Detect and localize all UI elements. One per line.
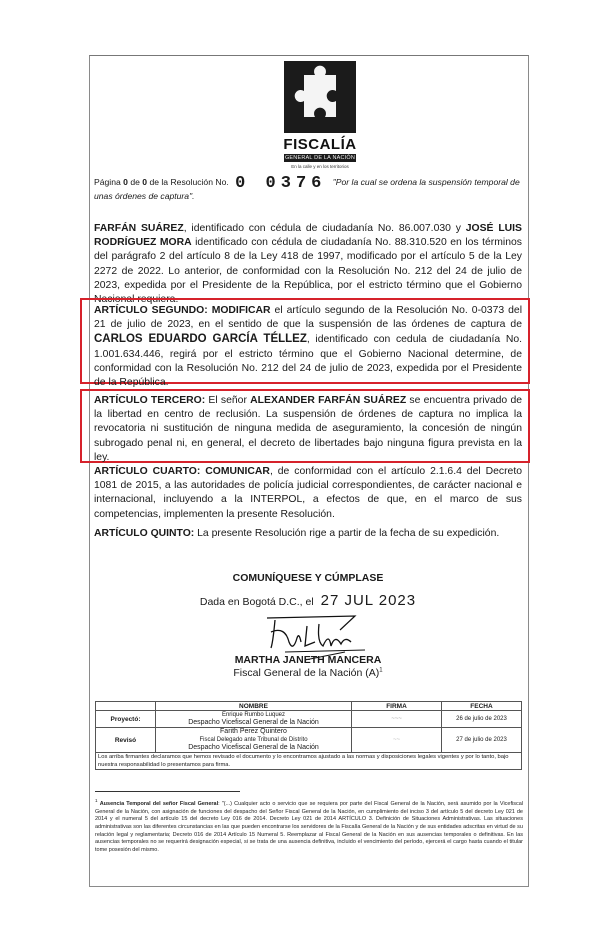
intro-paragraph: FARFÁN SUÁREZ, identificado con cédula d… [94, 222, 522, 307]
signer-role: Fiscal General de la Nación (A)1 [0, 667, 616, 679]
fiscalia-logo: FISCALÍA GENERAL DE LA NACIÓN En la call… [270, 61, 370, 169]
table-note-row: Los arriba firmantes declaramos que hemo… [96, 753, 522, 770]
articulo-cuarto: ARTÍCULO CUARTO: COMUNICAR, de conformid… [94, 465, 522, 522]
signer-name: MARTHA JANETH MANCERA [0, 654, 616, 666]
place-date-line: Dada en Bogotá D.C., el 27 JUL 2023 [0, 592, 616, 609]
articulo-segundo: ARTÍCULO SEGUNDO: MODIFICAR el artículo … [94, 304, 522, 390]
page-header: Página 0 de 0 de la Resolución No. 0 037… [94, 176, 524, 203]
articulo-tercero: ARTÍCULO TERCERO: El señor ALEXANDER FAR… [94, 394, 522, 465]
table-row: Proyectó: Enrique Rumbo Luquez Despacho … [96, 711, 522, 728]
articulo-quinto: ARTÍCULO QUINTO: La presente Resolución … [94, 527, 522, 541]
signature-initials: ~~~ [352, 711, 442, 728]
date-stamp: 27 JUL 2023 [321, 592, 417, 609]
logo-wordmark: FISCALÍA [270, 136, 370, 153]
footnote-divider [95, 791, 240, 792]
puzzle-piece-icon [284, 61, 356, 133]
review-table: NOMBRE FIRMA FECHA Proyectó: Enrique Rum… [95, 701, 522, 770]
footnote: 1 Ausencia Temporal del señor Fiscal Gen… [95, 797, 523, 855]
table-header-row: NOMBRE FIRMA FECHA [96, 702, 522, 711]
logo-tagline: En la calle y en los territorios [270, 164, 370, 169]
resolution-number: 0 0376 [235, 174, 326, 193]
table-row: Revisó Farith Perez Quintero Fiscal Dele… [96, 728, 522, 753]
closing-title: COMUNÍQUESE Y CÚMPLASE [0, 572, 616, 584]
logo-subtitle: GENERAL DE LA NACIÓN [284, 154, 356, 162]
signature-initials: ~~ [352, 728, 442, 753]
